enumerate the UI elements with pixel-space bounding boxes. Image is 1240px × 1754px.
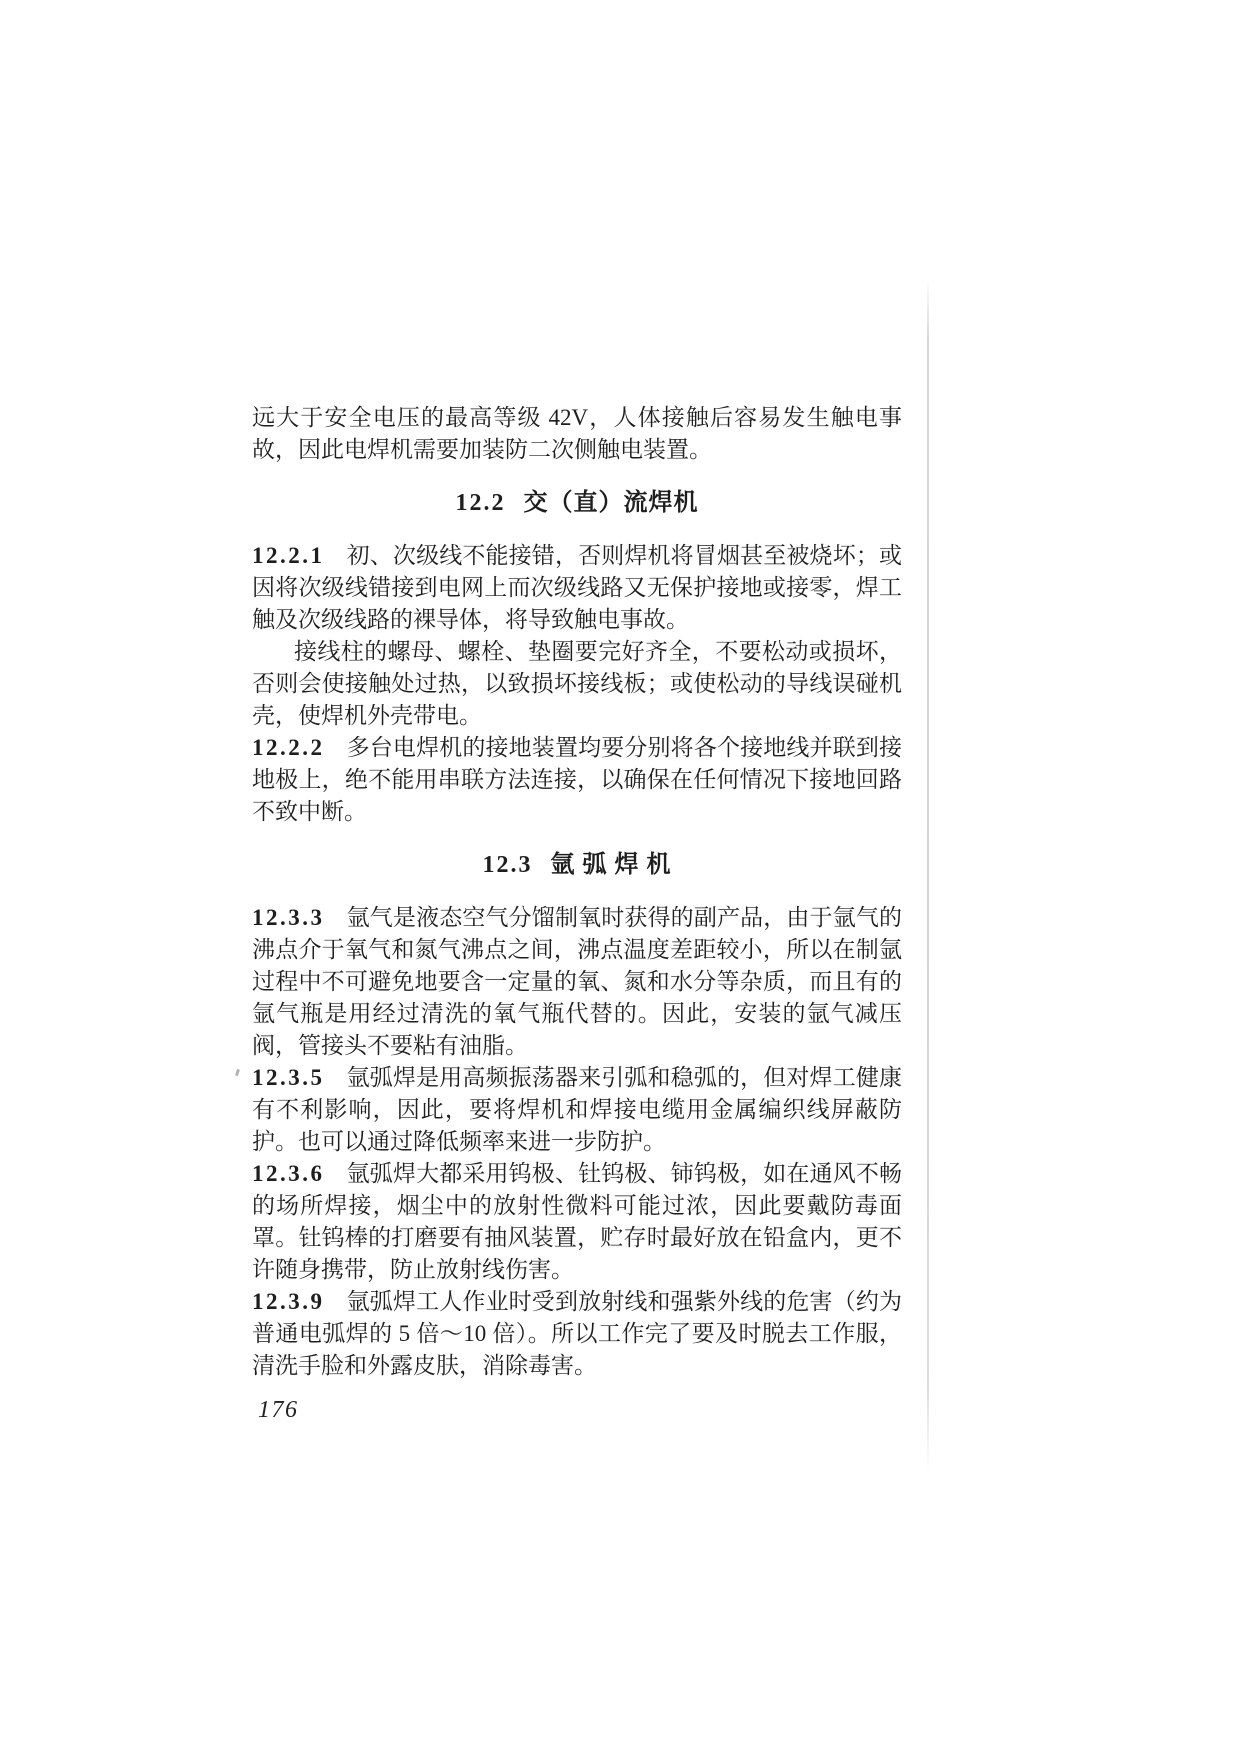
text-line: 有不利影响，因此，要将焊机和焊接电缆用金属编织线屏蔽防	[252, 1094, 902, 1126]
text-line: 清洗手脸和外露皮肤，消除毒害。	[252, 1350, 902, 1382]
text-line: 12.3.5氩弧焊是用高频振荡器来引弧和稳弧的，但对焊工健康	[252, 1062, 902, 1094]
text-line: 氩气瓶是用经过清洗的氧气瓶代替的。因此，安装的氩气减压	[252, 998, 902, 1030]
page-number: 176	[252, 1394, 902, 1426]
text-line: 因将次级线错接到电网上而次级线路又无保护接地或接零，焊工	[252, 572, 902, 604]
text-line: 的场所焊接，烟尘中的放射性微料可能过浓，因此要戴防毒面	[252, 1190, 902, 1222]
scan-artifact-mark	[235, 1069, 240, 1077]
scan-artifact-line	[927, 280, 929, 1473]
text-line: 12.3.6氩弧焊大都采用钨极、钍钨极、铈钨极，如在通风不畅	[252, 1158, 902, 1190]
section-heading: 12.2交（直）流焊机	[252, 487, 902, 519]
clause-number: 12.2.2	[252, 735, 325, 760]
section-heading-number: 12.2	[456, 490, 506, 516]
text-line: 12.3.3氩气是液态空气分馏制氧时获得的副产品，由于氩气的	[252, 902, 902, 934]
section-heading-title: 氩 弧 焊 机	[551, 852, 672, 878]
text-line: 接线柱的螺母、螺栓、垫圈要完好齐全，不要松动或损坏，	[252, 636, 902, 668]
text-line: 过程中不可避免地要含一定量的氧、氮和水分等杂质，而且有的	[252, 966, 902, 998]
clause-number: 12.3.3	[252, 905, 325, 930]
clause-number: 12.3.5	[252, 1065, 325, 1090]
text-line: 12.2.1初、次级线不能接错，否则焊机将冒烟甚至被烧坏；或	[252, 540, 902, 572]
text-line: 壳，使焊机外壳带电。	[252, 700, 902, 732]
text-line: 地极上，绝不能用串联方法连接，以确保在任何情况下接地回路	[252, 764, 902, 796]
section-heading-title: 交（直）流焊机	[524, 490, 699, 516]
text-line: 不致中断。	[252, 796, 902, 828]
clause-number: 12.3.6	[252, 1161, 325, 1186]
text-line: 远大于安全电压的最高等级 42V，人体接触后容易发生触电事	[252, 402, 902, 434]
text-line: 故，因此电焊机需要加装防二次侧触电装置。	[252, 434, 902, 466]
text-line: 普通电弧焊的 5 倍～10 倍）。所以工作完了要及时脱去工作服，	[252, 1318, 902, 1350]
text-column: 远大于安全电压的最高等级 42V，人体接触后容易发生触电事故，因此电焊机需要加装…	[252, 402, 902, 1426]
clause-number: 12.3.9	[252, 1289, 325, 1314]
text-line: 触及次级线路的裸导体，将导致触电事故。	[252, 604, 902, 636]
text-line: 沸点介于氧气和氮气沸点之间，沸点温度差距较小，所以在制氩	[252, 934, 902, 966]
text-line: 12.3.9氩弧焊工人作业时受到放射线和强紫外线的危害（约为	[252, 1286, 902, 1318]
clause-number: 12.2.1	[252, 543, 325, 568]
text-line: 12.2.2多台电焊机的接地装置均要分别将各个接地线并联到接	[252, 732, 902, 764]
text-line: 罩。钍钨棒的打磨要有抽风装置，贮存时最好放在铅盒内，更不	[252, 1222, 902, 1254]
document-page: 远大于安全电压的最高等级 42V，人体接触后容易发生触电事故，因此电焊机需要加装…	[0, 0, 1240, 1754]
text-line: 阀，管接头不要粘有油脂。	[252, 1030, 902, 1062]
text-line: 护。也可以通过降低频率来进一步防护。	[252, 1126, 902, 1158]
section-heading-number: 12.3	[483, 852, 533, 878]
text-line: 许随身携带，防止放射线伤害。	[252, 1254, 902, 1286]
section-heading: 12.3氩 弧 焊 机	[252, 849, 902, 881]
text-line: 否则会使接触处过热，以致损坏接线板；或使松动的导线误碰机	[252, 668, 902, 700]
